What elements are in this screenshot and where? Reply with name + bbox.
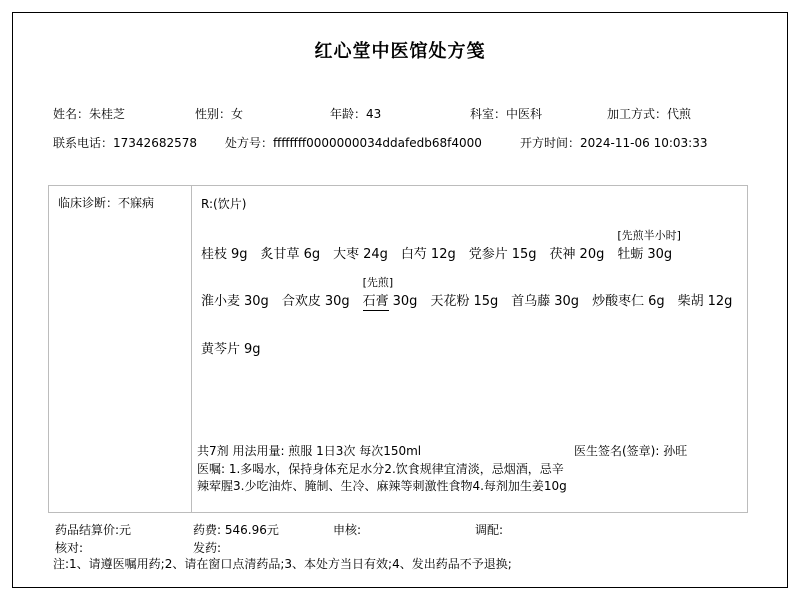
herb-item: 柴胡12g (678, 294, 733, 309)
herb-qty: 6g (648, 294, 665, 309)
page-title: 红心堂中医馆处方笺 (0, 37, 800, 63)
check-field: 核对: (55, 541, 83, 555)
medical-advice: 医嘱: 1.多喝水，保持身体充足水分2.饮食规律宜清淡，忌烟酒，忌辛辣荤腥3.少… (197, 461, 569, 495)
herb-qty: 9g (244, 342, 261, 357)
herb-item: [先煎]石膏30g (363, 294, 418, 309)
prescription-box: 临床诊断：不寐病 R:(饮片) 桂枝9g 炙甘草6g 大枣24g 白芍12g 党… (48, 185, 748, 513)
herb-row-1: 桂枝9g 炙甘草6g 大枣24g 白芍12g 党参片15g 茯神20g [先煎半… (201, 247, 672, 262)
dispense-field: 发药: (193, 541, 221, 555)
herb-qty: 30g (554, 294, 579, 309)
prescription-page: 红心堂中医馆处方笺 姓名：朱桂芝 性别：女 年龄：43 科室：中医科 加工方式：… (0, 0, 800, 600)
herb-name: 党参片 (469, 247, 508, 262)
herb-item: 炙甘草6g (261, 247, 321, 262)
fee-field: 药费: 546.96元 (193, 523, 279, 537)
allocate-field: 调配: (475, 523, 503, 537)
herb-item: 黄芩片9g (201, 342, 261, 357)
herb-qty: 6g (304, 247, 321, 262)
herb-item: 炒酸枣仁6g (592, 294, 665, 309)
herb-name: 桂枝 (201, 247, 227, 262)
herb-row-2: 淮小麦30g 合欢皮30g [先煎]石膏30g 天花粉15g 首乌藤30g 炒酸… (201, 294, 732, 309)
herb-item: 淮小麦30g (201, 294, 269, 309)
herb-qty: 12g (708, 294, 733, 309)
herb-name: 茯神 (550, 247, 576, 262)
herb-name: 黄芩片 (201, 342, 240, 357)
herb-item: [先煎半小时]牡蛎30g (617, 247, 672, 262)
herb-decoction-note: [先煎] (363, 275, 394, 290)
field-gender: 性别：女 (195, 107, 243, 121)
herb-item: 天花粉15g (430, 294, 498, 309)
field-prescription-no: 处方号：ffffffff0000000034ddafedb68f4000 (225, 136, 482, 150)
herb-name: 白芍 (401, 247, 427, 262)
herb-decoction-note: [先煎半小时] (617, 228, 681, 243)
herb-qty: 30g (647, 247, 672, 262)
herb-name: 石膏 (363, 294, 389, 311)
settle-price-field: 药品结算价:元 (55, 523, 131, 537)
doctor-signature: 医生签名(签章): 孙旺 (574, 444, 687, 458)
herb-item: 合欢皮30g (282, 294, 350, 309)
herb-item: 茯神20g (550, 247, 605, 262)
field-phone: 联系电话：17342682578 (53, 136, 197, 150)
herb-qty: 9g (231, 247, 248, 262)
herb-qty: 30g (325, 294, 350, 309)
herb-name: 柴胡 (678, 294, 704, 309)
herb-qty: 30g (393, 294, 418, 309)
herb-item: 白芍12g (401, 247, 456, 262)
herb-qty: 12g (431, 247, 456, 262)
rp-label: R:(饮片) (201, 197, 246, 211)
field-age: 年龄：43 (330, 107, 381, 121)
review-field: 申核: (333, 523, 361, 537)
herb-name: 大枣 (333, 247, 359, 262)
footer-note: 注:1、请遵医嘱用药;2、请在窗口点清药品;3、本处方当日有效;4、发出药品不予… (53, 557, 512, 571)
herb-name: 炙甘草 (261, 247, 300, 262)
herb-name: 炒酸枣仁 (592, 294, 644, 309)
herb-qty: 30g (244, 294, 269, 309)
field-name: 姓名：朱桂芝 (53, 107, 125, 121)
herb-qty: 24g (363, 247, 388, 262)
herb-qty: 15g (473, 294, 498, 309)
field-issue-time: 开方时间：2024-11-06 10:03:33 (520, 136, 707, 150)
field-department: 科室：中医科 (470, 107, 542, 121)
cell-divider (191, 186, 192, 512)
herb-item: 大枣24g (333, 247, 388, 262)
usage-line: 共7剂 用法用量: 煎服 1日3次 每次150ml (197, 444, 421, 458)
field-processing-method: 加工方式：代煎 (607, 107, 691, 121)
field-diagnosis: 临床诊断：不寐病 (58, 196, 154, 210)
herb-qty: 20g (580, 247, 605, 262)
herb-item: 党参片15g (469, 247, 537, 262)
herb-qty: 15g (512, 247, 537, 262)
herb-name: 天花粉 (430, 294, 469, 309)
herb-item: 桂枝9g (201, 247, 248, 262)
herb-name: 首乌藤 (511, 294, 550, 309)
herb-name: 合欢皮 (282, 294, 321, 309)
herb-name: 淮小麦 (201, 294, 240, 309)
herb-name: 牡蛎 (617, 247, 643, 262)
herb-item: 首乌藤30g (511, 294, 579, 309)
herb-row-3: 黄芩片9g (201, 342, 261, 357)
